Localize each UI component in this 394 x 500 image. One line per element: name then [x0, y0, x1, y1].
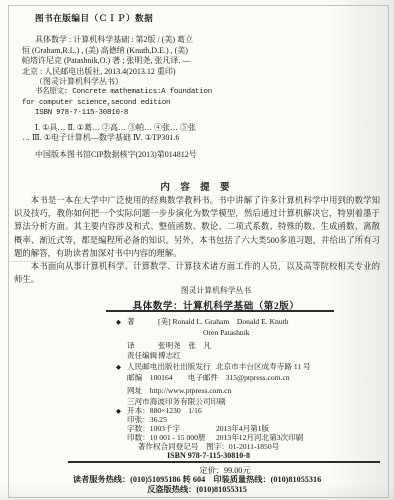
cip-isbn-line: ISBN 978-7-115-30810-8 [22, 108, 234, 118]
cip-series-line: （图灵计算机科学丛书） [22, 77, 234, 87]
diamond-bullet-icon: ◆ [116, 318, 127, 328]
anti-piracy-hotline: 反盗版热线：(010)81055315 [0, 484, 394, 495]
cip-registry-number: 中国版本图书馆CIP数据核字(2013)第014812号 [22, 150, 234, 160]
publisher-name: 人民邮电出版社出版发行 [127, 362, 211, 371]
abstract-paragraph: 本书是一本在大学中广泛使用的经典数学教科书。书中讲解了许多计算机科学中用到的数学… [14, 194, 380, 260]
editor-name: 傅志红 [158, 351, 181, 360]
diamond-bullet-icon: ◆ [116, 363, 127, 373]
abstract-heading: 内 容 提 要 [0, 179, 394, 193]
website-url: 网址 http://www.ptpress.com.cn [127, 386, 231, 395]
cip-original-title-line: 书名原文: Concrete mathematics:A foundation [22, 87, 234, 97]
cip-record-line: 北京 : 人民邮电出版社, 2013.4(2013.12 重印) [22, 67, 234, 77]
isbn-number: ISBN 978-7-115-30810-8 [116, 451, 301, 461]
cip-original-title-line: for computer science,second edition [22, 98, 234, 108]
author-label: 著 [127, 317, 158, 327]
series-name: 图灵计算机科学丛书 [96, 285, 336, 296]
postcode-email-row: 邮编 100164 电子邮件 315@ptpress.com.cn [116, 373, 290, 383]
copyright-page: 图书在版编目（ＣＩＰ）数据 具体数学 : 计算机科学基础 : 第2版 / (美)… [0, 0, 394, 500]
cip-record-line: 具体数学 : 计算机科学基础 : 第2版 / (美) 葛立 [22, 35, 234, 45]
printer-name: 三河市海波印务有限公司印刷 [127, 397, 226, 406]
format-spec: 开本：880×1230 1/16 [127, 406, 202, 415]
author-names: Oren Patashnik [116, 328, 250, 337]
cip-heading: 图书在版编目（ＣＩＰ）数据 [22, 13, 234, 23]
translator-label: 译 [127, 341, 158, 351]
author-row-continued: Oren Patashnik [116, 328, 250, 338]
abstract-body: 本书是一本在大学中广泛使用的经典数学教科书。书中讲解了许多计算机科学中用到的数学… [14, 194, 380, 286]
cip-classification-line: Ⅰ. ①具… Ⅱ. ①葛… ②高… ③帕… ④张… ⑤张 [22, 123, 234, 133]
postcode-email: 邮编 100164 电子邮件 315@ptpress.com.cn [127, 373, 290, 382]
title-rule [106, 310, 334, 312]
translator-row: 译张明尧 张 凡 [116, 341, 211, 351]
cip-classification-line: … Ⅲ. ①电子计算机—数学基础 Ⅳ. ①TP301.6 [22, 133, 234, 143]
author-names: [美] Ronald L. Graham Donald E. Knuth [158, 317, 289, 326]
cip-block: 图书在版编目（ＣＩＰ）数据 具体数学 : 计算机科学基础 : 第2版 / (美)… [22, 13, 234, 161]
word-count: 字数：1003千字 [127, 424, 180, 433]
translator-names: 张明尧 张 凡 [158, 341, 211, 350]
website-row: 网址 http://www.ptpress.com.cn [116, 386, 231, 396]
colophon-header: 图灵计算机科学丛书 具体数学：计算机科学基础（第2版） [96, 285, 336, 312]
editor-row: 责任编辑傅志红 [116, 351, 181, 361]
editor-label: 责任编辑 [127, 351, 158, 361]
publisher-address: 北京市丰台区成寿寺路 11 号 [216, 362, 311, 372]
cip-record-line: 帕塔许尼克 (Patashnik,O.) 著 ; 张明尧, 张凡译. — [22, 56, 234, 66]
abstract-paragraph: 本书面向从事计算机科学、计算数学、计算技术诸方面工作的人员，以及高等院校相关专业… [14, 260, 380, 286]
footer-rule [68, 461, 380, 463]
impressions-count: 印数：10 001 - 15 000册 [127, 433, 205, 442]
sheets-count: 印张：36.25 [127, 415, 167, 424]
author-row: ◆著[美] Ronald L. Graham Donald E. Knuth [116, 317, 289, 328]
publisher-row: ◆人民邮电出版社出版发行 北京市丰台区成寿寺路 11 号 [116, 362, 211, 373]
cip-record-line: 恒 (Graham,R.L.) , (美) 高德纳 (Knuth,D.E.) ,… [22, 46, 234, 56]
